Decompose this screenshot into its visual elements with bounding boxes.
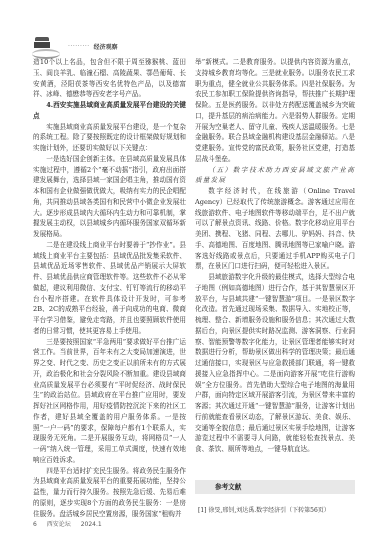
left-column: 造10个以上名品，包含但不限于周至猕猴桃、蓝田玉、阎良羊乳、临潼石榴、高陵蔬果、… [33,57,186,519]
subheading: 4.西安实施县域商业高质量发展平台建设的关键点 [33,100,186,122]
paragraph: 二是在建设线上商业平台时要善于“抄作业”。县域线上商业平台主要包括：县域优品批发… [33,240,186,337]
paragraph: 造10个以上名品，包含但不限于周至猕猴桃、蓝田玉、阎良羊乳、临潼石榴、高陵蔬果、… [33,57,186,100]
paragraph: 一是选好国企创新主体。在县域高质量发展具体实施过程中，遵循2个“毫不动摇”指引，… [33,154,186,240]
paragraph: 四是平台适时扩充民生服务。将政务民生服务作为县域商业高质量发展平台的重要拓展功能… [33,466,186,520]
pagoda-logo-icon [32,35,62,57]
paragraph: 数字经济时代，在线旅游（Online Travel Agency）已经取代了传统… [195,186,355,272]
reference-item: [1] 徐旻,邢钊,刘达禹.数字经济引（下转第56页） [198,506,330,516]
section-heading: （五）数字技术助力西安县域文旅产业高质量发展 [195,165,355,187]
page-number: 6 [33,521,37,528]
paragraph: 举”新模式。二是教育服务。以提供内容资源为重点，支持城乡教育均等化。三是就业服务… [195,57,355,165]
paragraph: 县域旅游数字化升级的最佳模式，选择大型综合电子地图（例如高德地图）进行合作，基于… [195,272,355,455]
section-name: 经济观察 [94,42,118,51]
page-header: ········· 经济观察 [32,34,118,58]
header-dots: ········· [68,43,90,50]
journal-name: 西安论坛 [47,521,71,528]
paragraph: 三是要按照国家“平急两用”要求做好平台推广运营工作。当前世界，百年未有之大变局加… [33,337,186,466]
references-heading-label: 参考文献 [215,483,241,491]
references-heading: 参考文献 [195,480,355,494]
right-column: 举”新模式。二是教育服务。以提供内容资源为重点，支持城乡教育均等化。三是就业服务… [195,57,355,455]
paragraph: 实施县域商业高质量发展平台建设，是一个复杂的系统工程。除了要按照既定的设计框架做… [33,122,186,154]
page-footer: 6 西安论坛 2024.1 [33,519,110,528]
issue-number: 2024.1 [81,521,102,528]
